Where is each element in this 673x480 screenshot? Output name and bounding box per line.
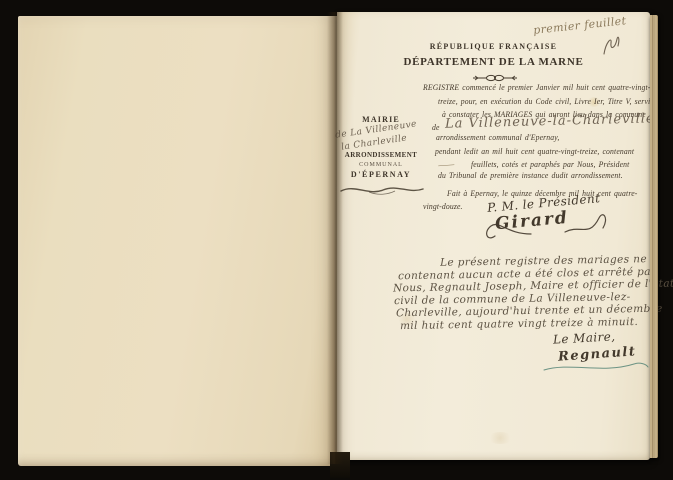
registre-line: REGISTRE commencé le premier Janvier mil… xyxy=(423,83,651,92)
mayor-signature-flourish xyxy=(540,358,650,376)
certification-line: vingt-douze. xyxy=(423,202,463,211)
registre-line-de: de xyxy=(432,123,440,132)
binding-bottom xyxy=(330,452,350,478)
margin-epernay: D'ÉPERNAY xyxy=(339,170,423,179)
mayor-title-handwritten: Le Maire, xyxy=(553,329,616,346)
margin-arrondissement: ARRONDISSEMENT xyxy=(339,151,423,159)
registre-line: treize, pour, en exécution du Code civil… xyxy=(438,97,653,106)
republic-title: RÉPUBLIQUE FRANÇAISE xyxy=(337,42,650,51)
header-ornament xyxy=(473,74,517,82)
registre-line: feuillets, cotés et paraphés par Nous, P… xyxy=(471,160,629,169)
page-fore-edge xyxy=(650,15,658,458)
margin-communal: COMMUNAL xyxy=(339,162,423,168)
registre-line: pendant ledit an mil huit cent quatre-vi… xyxy=(435,147,634,156)
president-signature-flourish xyxy=(477,208,617,244)
registre-line: du Tribunal de première instance dudit a… xyxy=(438,171,623,180)
page-stain xyxy=(487,432,513,444)
right-registre-page: premier feuillet RÉPUBLIQUE FRANÇAISE DÉ… xyxy=(337,12,650,460)
left-blank-page xyxy=(18,16,337,466)
margin-flourish xyxy=(339,182,425,200)
feuillets-count-handwritten: ⸺ xyxy=(436,155,454,171)
registre-line: arrondissement communal d'Epernay, xyxy=(436,133,559,142)
department-title: DÉPARTEMENT DE LA MARNE xyxy=(337,56,650,68)
